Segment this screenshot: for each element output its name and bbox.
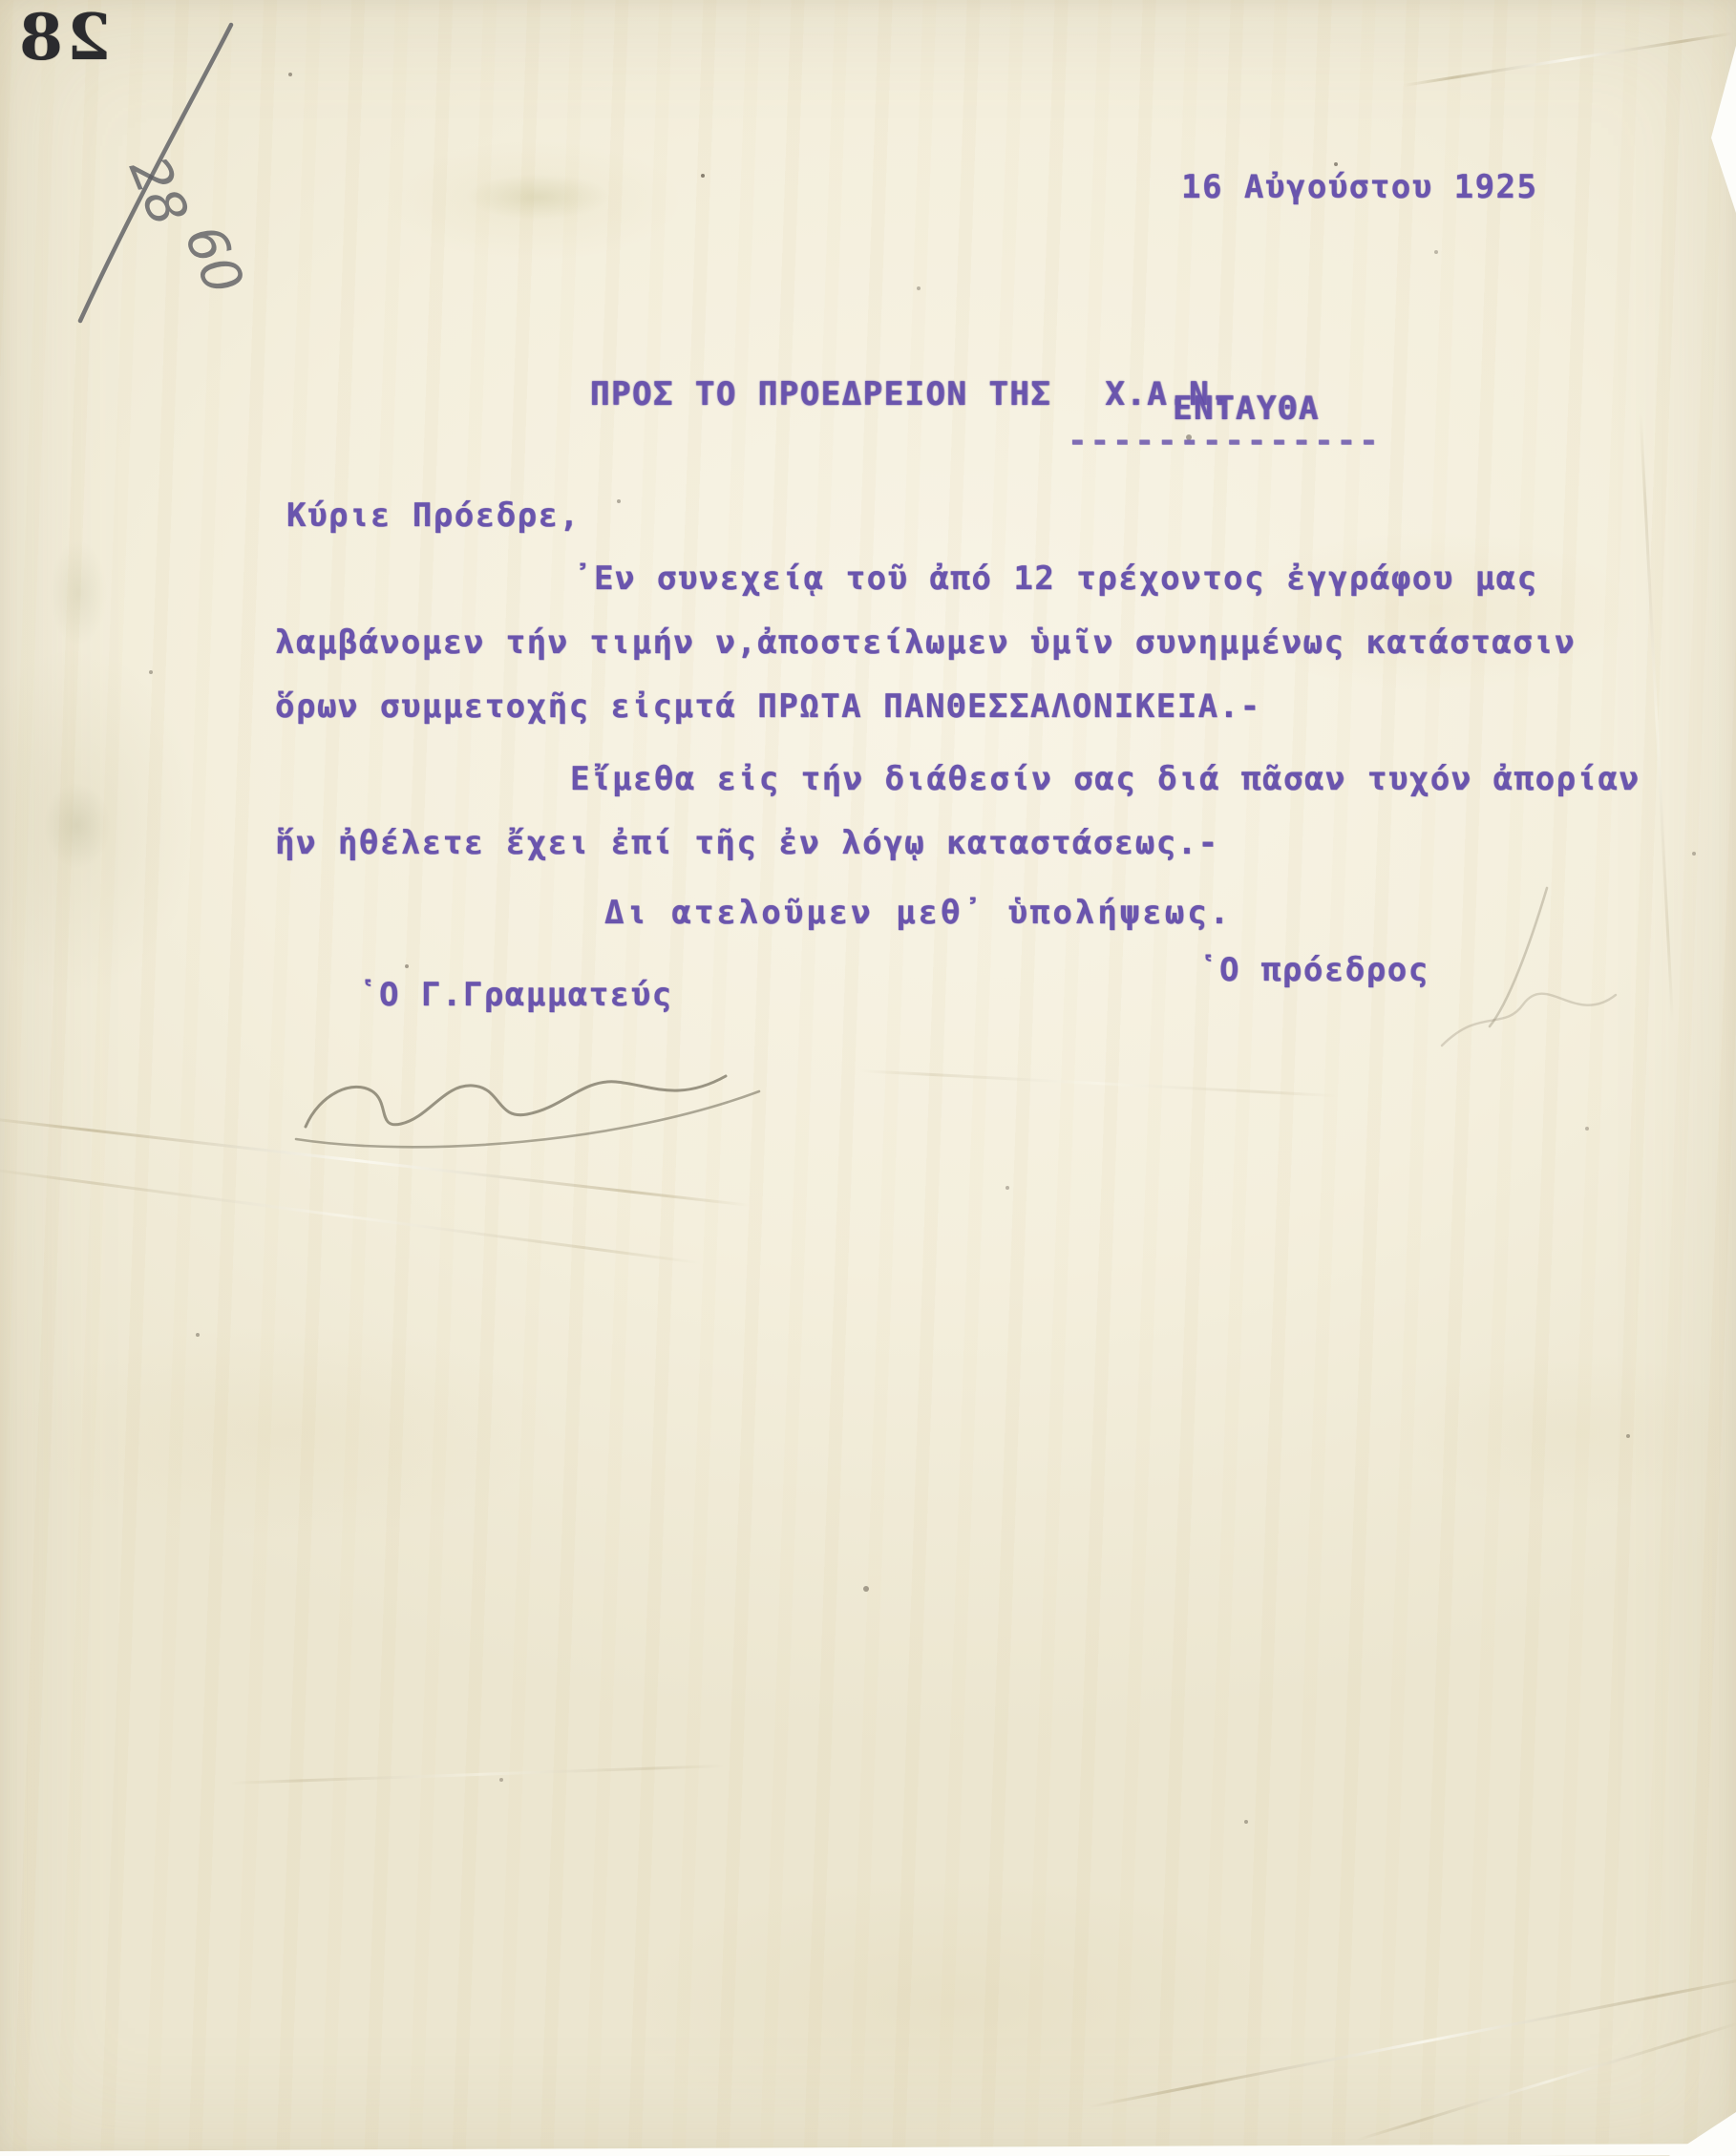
body-line-3: ὅρων συμμετοχῆς εἰςμτά ΠΡΩΤΑ ΠΑΝΘΕΣΣΑΛΟΝ… <box>275 687 1261 727</box>
paper-crease <box>859 1069 1336 1097</box>
pencil-registry-mark: 28 60 <box>57 13 296 348</box>
paper-crease <box>1404 32 1734 87</box>
secretary-signature-scrawl <box>277 1026 793 1170</box>
body-line-4: Εἴμεθα εἰς τήν διάθεσίν σας διά πᾶσαν τυ… <box>570 760 1640 799</box>
paper-crease <box>0 1167 701 1264</box>
paper-specks <box>0 0 4 4</box>
paper-edge <box>1711 46 1736 213</box>
recipient-text: ΠΡΟΣ ΤΟ ΠΡΟΕΔΡΕΙΟΝ ΤΗΣ <box>590 375 1051 413</box>
paper-edge <box>0 2144 1736 2156</box>
registry-denominator: 60 <box>172 217 255 303</box>
ink-bleedthrough-smudge <box>466 174 609 220</box>
paper-crease <box>1089 1975 1736 2108</box>
ink-bleedthrough-smudge <box>44 783 111 869</box>
scanned-letter-page: 28 28 60 16 Αὐγούστου 1925 ΠΡΟΣ ΤΟ ΠΡΟΕΔ… <box>0 0 1736 2156</box>
body-line-5: ἥν ἠθέλετε ἔχει ἐπί τῆς ἐν λόγῳ καταστάσ… <box>275 824 1219 863</box>
dashed-rule: -------------- <box>1068 422 1382 461</box>
signature-title-secretary: ῾Ο Γ.Γραμματεύς <box>358 976 673 1015</box>
president-signature-faint <box>1413 850 1642 1079</box>
paper-crease <box>1356 2021 1736 2142</box>
paper-edge <box>1669 2112 1736 2156</box>
ink-bleedthrough-smudge <box>50 540 107 645</box>
signature-title-president: ῾Ο πρόεδρος <box>1198 951 1429 990</box>
closing-line: Δι ατελοῦμεν μεθ᾽ ὑπολήψεως. <box>604 894 1232 933</box>
letter-date: 16 Αὐγούστου 1925 <box>1181 168 1538 207</box>
paper-crease <box>229 1765 726 1785</box>
salutation: Κύριε Πρόεδρε, <box>286 497 581 536</box>
body-line-2: λαμβάνομεν τήν τιμήν ν,ἀποστείλωμεν ὑμῖν… <box>275 624 1576 663</box>
paper-crease <box>1640 412 1674 1022</box>
body-line-1: ᾿Εν συνεχείᾳ τοῦ ἀπό 12 τρέχοντος ἐγγράφ… <box>573 560 1538 599</box>
